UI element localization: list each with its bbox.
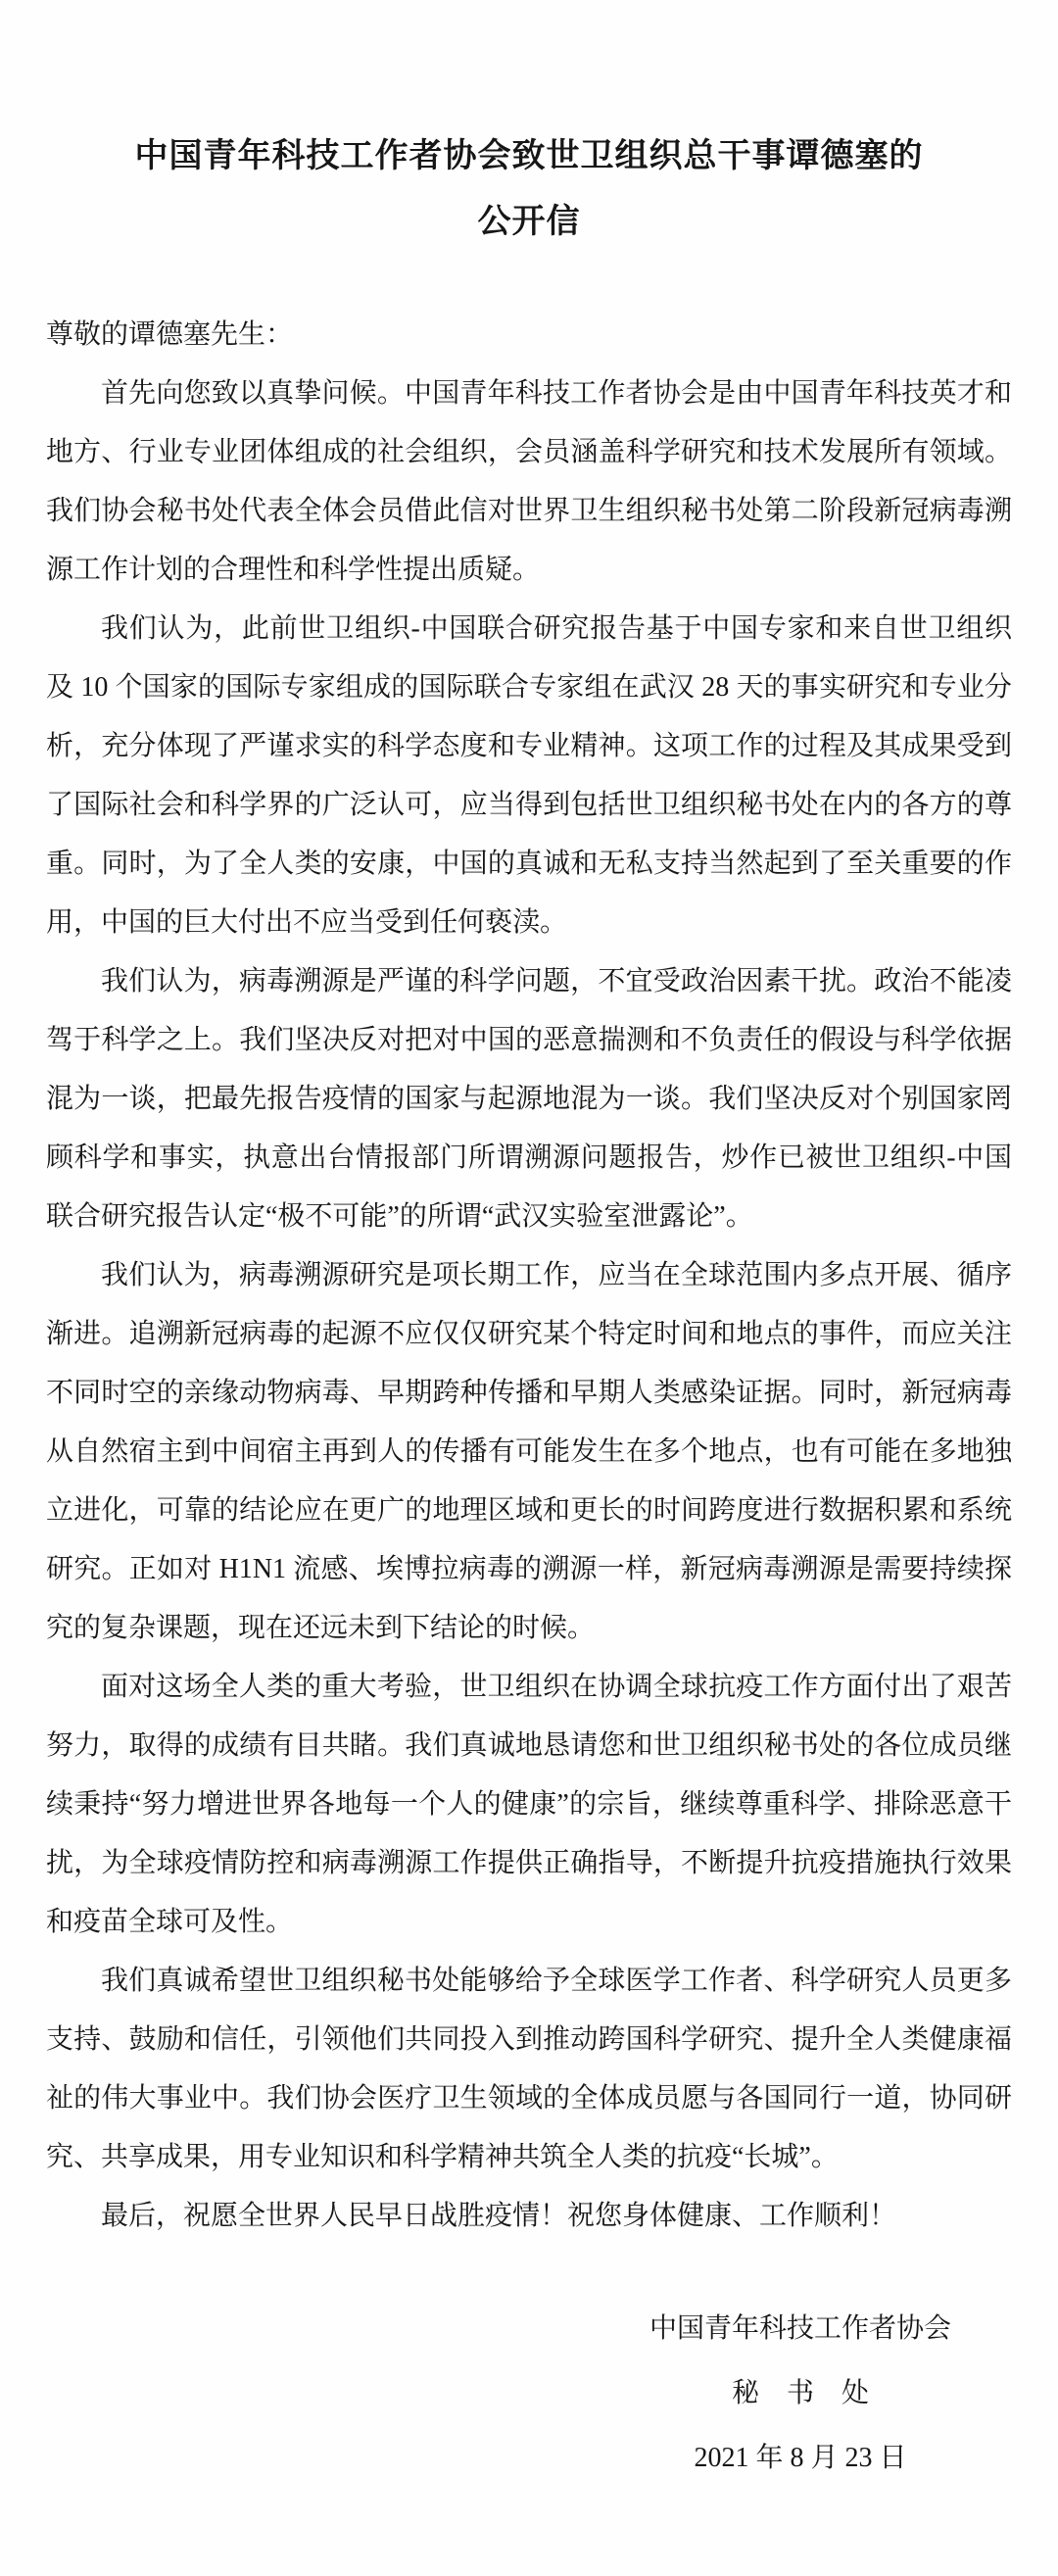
paragraph: 我们真诚希望世卫组织秘书处能够给予全球医学工作者、科学研究人员更多支持、鼓励和信… — [46, 1952, 1012, 2187]
closing-paragraph: 最后，祝愿全世界人民早日战胜疫情！祝您身体健康、工作顺利！ — [46, 2187, 1012, 2246]
signature-date: 2021 年 8 月 23 日 — [649, 2426, 951, 2491]
paragraph: 面对这场全人类的重大考验，世卫组织在协调全球抗疫工作方面付出了艰苦努力，取得的成… — [46, 1658, 1012, 1952]
paragraph: 我们认为，病毒溯源是严谨的科学问题，不宜受政治因素干扰。政治不能凌驾于科学之上。… — [46, 952, 1012, 1246]
paragraph: 首先向您致以真挚问候。中国青年科技工作者协会是由中国青年科技英才和地方、行业专业… — [46, 365, 1012, 600]
letter-title-line2: 公开信 — [46, 189, 1012, 255]
letter-title: 中国青年科技工作者协会致世卫组织总干事谭德塞的 公开信 — [46, 0, 1012, 255]
letter-page: 中国青年科技工作者协会致世卫组织总干事谭德塞的 公开信 尊敬的谭德塞先生： 首先… — [0, 0, 1058, 2576]
letter-body: 尊敬的谭德塞先生： 首先向您致以真挚问候。中国青年科技工作者协会是由中国青年科技… — [46, 306, 1012, 2246]
signature-department: 秘 书 处 — [649, 2361, 951, 2426]
signature-block: 中国青年科技工作者协会 秘 书 处 2021 年 8 月 23 日 — [649, 2297, 951, 2491]
signature-organization: 中国青年科技工作者协会 — [649, 2297, 951, 2361]
letter-title-line1: 中国青年科技工作者协会致世卫组织总干事谭德塞的 — [46, 123, 1012, 189]
paragraph: 我们认为，病毒溯源研究是项长期工作，应当在全球范围内多点开展、循序渐进。追溯新冠… — [46, 1246, 1012, 1658]
paragraph: 我们认为，此前世卫组织-中国联合研究报告基于中国专家和来自世卫组织及 10 个国… — [46, 600, 1012, 952]
salutation: 尊敬的谭德塞先生： — [46, 306, 1012, 365]
